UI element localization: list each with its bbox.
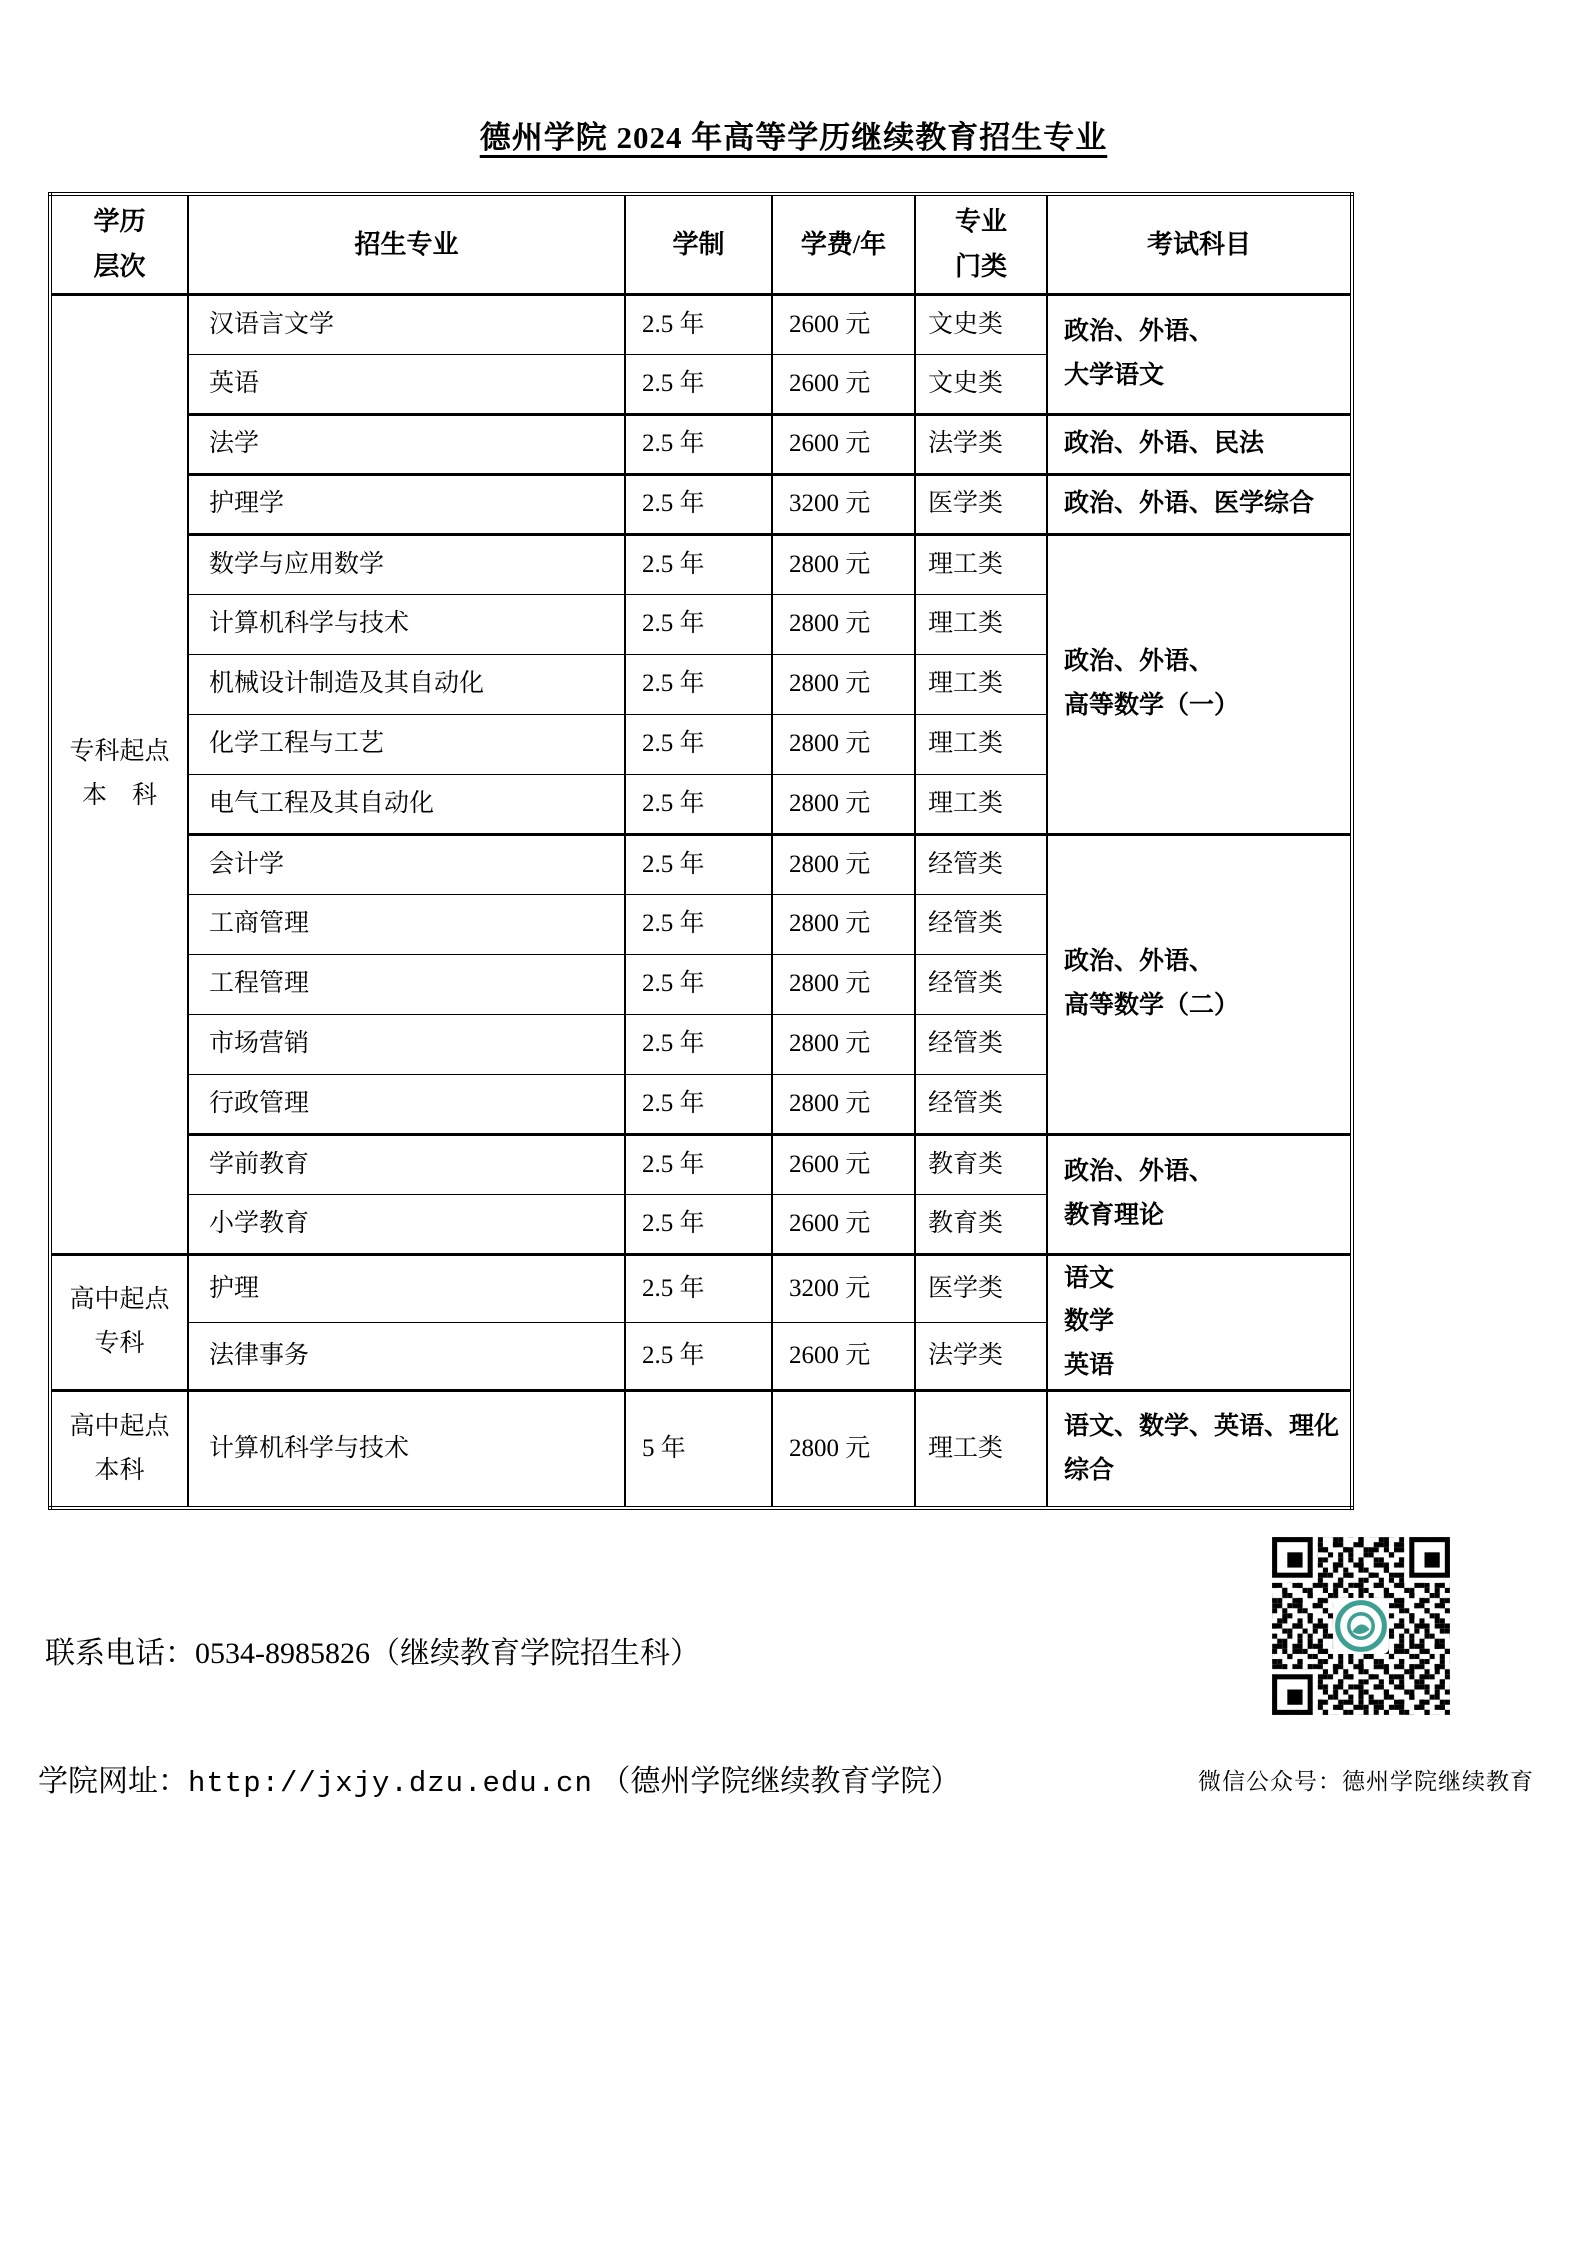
- duration-cell: 2.5 年: [625, 774, 772, 834]
- duration-cell: 2.5 年: [625, 474, 772, 534]
- exam-cell: 语文、数学、英语、理化 综合: [1047, 1390, 1352, 1508]
- major-cell: 机械设计制造及其自动化: [188, 654, 625, 714]
- enrollment-table: 学历 层次 招生专业 学制 学费/年 专业 门类 考试科目 专科起点 本 科 汉…: [48, 192, 1354, 1510]
- major-cell: 会计学: [188, 834, 625, 894]
- major-cell: 电气工程及其自动化: [188, 774, 625, 834]
- category-cell: 法学类: [915, 414, 1047, 474]
- page-title: 德州学院 2024 年高等学历继续教育招生专业: [0, 112, 1587, 157]
- category-cell: 医学类: [915, 474, 1047, 534]
- website-label: 学院网址：: [38, 1765, 188, 1798]
- contact-phone-line: 联系电话：0534-8985826（继续教育学院招生科）: [45, 1628, 700, 1672]
- website-note: （德州学院继续教育学院）: [593, 1765, 961, 1798]
- category-cell: 文史类: [915, 294, 1047, 354]
- major-cell: 护理: [188, 1254, 625, 1322]
- duration-cell: 2.5 年: [625, 834, 772, 894]
- category-cell: 理工类: [915, 1390, 1047, 1508]
- exam-cell: 语文 数学 英语: [1047, 1254, 1352, 1390]
- tuition-cell: 2600 元: [772, 294, 915, 354]
- table-row: 专科起点 本 科 汉语言文学 2.5 年 2600 元 文史类 政治、外语、 大…: [50, 294, 1352, 354]
- tuition-cell: 2800 元: [772, 894, 915, 954]
- major-cell: 法律事务: [188, 1322, 625, 1390]
- tuition-cell: 2800 元: [772, 654, 915, 714]
- category-cell: 教育类: [915, 1134, 1047, 1194]
- duration-cell: 2.5 年: [625, 714, 772, 774]
- tuition-cell: 2600 元: [772, 1322, 915, 1390]
- tuition-cell: 2600 元: [772, 1134, 915, 1194]
- duration-cell: 2.5 年: [625, 1254, 772, 1322]
- exam-cell: 政治、外语、 高等数学（一）: [1047, 534, 1352, 834]
- qr-finder-top-left: [1272, 1537, 1318, 1583]
- level-cell: 高中起点 专科: [50, 1254, 188, 1390]
- category-cell: 经管类: [915, 954, 1047, 1014]
- exam-cell: 政治、外语、医学综合: [1047, 474, 1352, 534]
- category-cell: 经管类: [915, 894, 1047, 954]
- duration-cell: 2.5 年: [625, 894, 772, 954]
- tuition-cell: 2800 元: [772, 774, 915, 834]
- website-line: 学院网址：http://jxjy.dzu.edu.cn （德州学院继续教育学院）: [38, 1756, 960, 1800]
- duration-cell: 2.5 年: [625, 1194, 772, 1254]
- major-cell: 数学与应用数学: [188, 534, 625, 594]
- website-url: http://jxjy.dzu.edu.cn: [188, 1767, 593, 1800]
- header-row: 学历 层次 招生专业 学制 学费/年 专业 门类 考试科目: [50, 194, 1352, 294]
- major-cell: 化学工程与工艺: [188, 714, 625, 774]
- table-row: 高中起点 本科 计算机科学与技术 5 年 2800 元 理工类 语文、数学、英语…: [50, 1390, 1352, 1508]
- major-cell: 工程管理: [188, 954, 625, 1014]
- duration-cell: 2.5 年: [625, 654, 772, 714]
- table-row: 法学 2.5 年 2600 元 法学类 政治、外语、民法: [50, 414, 1352, 474]
- tuition-cell: 3200 元: [772, 474, 915, 534]
- wechat-qr-code: [1267, 1532, 1455, 1720]
- major-cell: 学前教育: [188, 1134, 625, 1194]
- category-cell: 理工类: [915, 594, 1047, 654]
- category-cell: 经管类: [915, 1074, 1047, 1134]
- tuition-cell: 2800 元: [772, 1074, 915, 1134]
- header-duration: 学制: [625, 194, 772, 294]
- category-cell: 文史类: [915, 354, 1047, 414]
- major-cell: 市场营销: [188, 1014, 625, 1074]
- duration-cell: 2.5 年: [625, 534, 772, 594]
- duration-cell: 2.5 年: [625, 354, 772, 414]
- table-row: 高中起点 专科 护理 2.5 年 3200 元 医学类 语文 数学 英语: [50, 1254, 1352, 1322]
- category-cell: 理工类: [915, 654, 1047, 714]
- category-cell: 法学类: [915, 1322, 1047, 1390]
- tuition-cell: 2800 元: [772, 534, 915, 594]
- tuition-cell: 2600 元: [772, 1194, 915, 1254]
- qr-code-image: [1267, 1532, 1455, 1720]
- category-cell: 经管类: [915, 834, 1047, 894]
- table-row: 学前教育 2.5 年 2600 元 教育类 政治、外语、 教育理论: [50, 1134, 1352, 1194]
- major-cell: 护理学: [188, 474, 625, 534]
- exam-cell: 政治、外语、 高等数学（二）: [1047, 834, 1352, 1134]
- category-cell: 医学类: [915, 1254, 1047, 1322]
- category-cell: 教育类: [915, 1194, 1047, 1254]
- level-cell: 专科起点 本 科: [50, 294, 188, 1254]
- tuition-cell: 2800 元: [772, 1014, 915, 1074]
- major-cell: 工商管理: [188, 894, 625, 954]
- category-cell: 理工类: [915, 774, 1047, 834]
- duration-cell: 2.5 年: [625, 294, 772, 354]
- header-level: 学历 层次: [50, 194, 188, 294]
- tuition-cell: 2800 元: [772, 1390, 915, 1508]
- category-cell: 理工类: [915, 534, 1047, 594]
- category-cell: 经管类: [915, 1014, 1047, 1074]
- duration-cell: 2.5 年: [625, 1322, 772, 1390]
- tuition-cell: 2800 元: [772, 834, 915, 894]
- tuition-cell: 3200 元: [772, 1254, 915, 1322]
- duration-cell: 2.5 年: [625, 954, 772, 1014]
- document-page: { "title": "德州学院 2024 年高等学历继续教育招生专业", "t…: [0, 0, 1587, 2245]
- wechat-account-caption: 微信公众号：德州学院继续教育: [1198, 1763, 1534, 1796]
- tuition-cell: 2600 元: [772, 414, 915, 474]
- header-category: 专业 门类: [915, 194, 1047, 294]
- major-cell: 行政管理: [188, 1074, 625, 1134]
- tuition-cell: 2600 元: [772, 354, 915, 414]
- major-cell: 小学教育: [188, 1194, 625, 1254]
- university-seal-logo: [1333, 1598, 1389, 1654]
- header-exam: 考试科目: [1047, 194, 1352, 294]
- major-cell: 计算机科学与技术: [188, 1390, 625, 1508]
- tuition-cell: 2800 元: [772, 714, 915, 774]
- qr-finder-bottom-left: [1272, 1669, 1318, 1715]
- exam-cell: 政治、外语、 教育理论: [1047, 1134, 1352, 1254]
- header-major: 招生专业: [188, 194, 625, 294]
- duration-cell: 2.5 年: [625, 594, 772, 654]
- duration-cell: 2.5 年: [625, 1134, 772, 1194]
- table-row: 护理学 2.5 年 3200 元 医学类 政治、外语、医学综合: [50, 474, 1352, 534]
- category-cell: 理工类: [915, 714, 1047, 774]
- table-row: 会计学 2.5 年 2800 元 经管类 政治、外语、 高等数学（二）: [50, 834, 1352, 894]
- duration-cell: 2.5 年: [625, 414, 772, 474]
- major-cell: 计算机科学与技术: [188, 594, 625, 654]
- tuition-cell: 2800 元: [772, 954, 915, 1014]
- header-tuition: 学费/年: [772, 194, 915, 294]
- major-cell: 英语: [188, 354, 625, 414]
- major-cell: 汉语言文学: [188, 294, 625, 354]
- major-cell: 法学: [188, 414, 625, 474]
- tuition-cell: 2800 元: [772, 594, 915, 654]
- duration-cell: 5 年: [625, 1390, 772, 1508]
- duration-cell: 2.5 年: [625, 1014, 772, 1074]
- qr-finder-top-right: [1404, 1537, 1450, 1583]
- duration-cell: 2.5 年: [625, 1074, 772, 1134]
- exam-cell: 政治、外语、 大学语文: [1047, 294, 1352, 414]
- level-cell: 高中起点 本科: [50, 1390, 188, 1508]
- exam-cell: 政治、外语、民法: [1047, 414, 1352, 474]
- table-row: 数学与应用数学 2.5 年 2800 元 理工类 政治、外语、 高等数学（一）: [50, 534, 1352, 594]
